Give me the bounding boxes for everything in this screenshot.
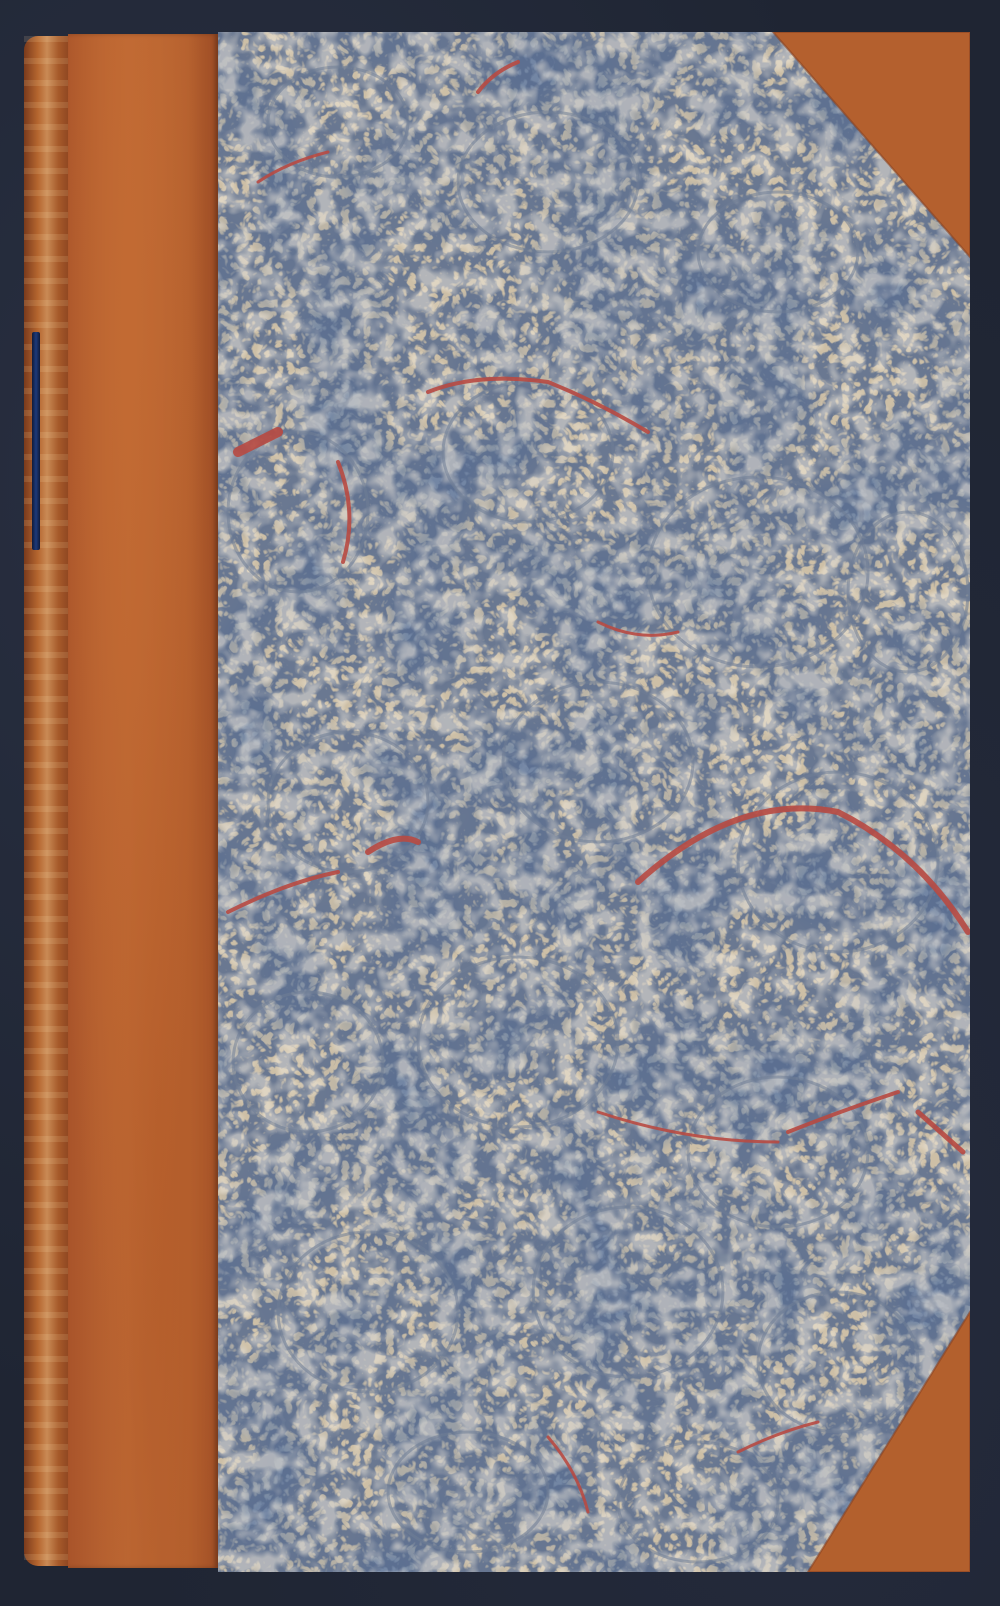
marbled-pattern [218,32,970,1572]
book-spine [24,36,70,1566]
book-cover [24,30,972,1578]
ribbon-bookmark [32,332,40,550]
marbled-paper-board [218,32,970,1572]
leather-spine-strip [68,34,218,1568]
